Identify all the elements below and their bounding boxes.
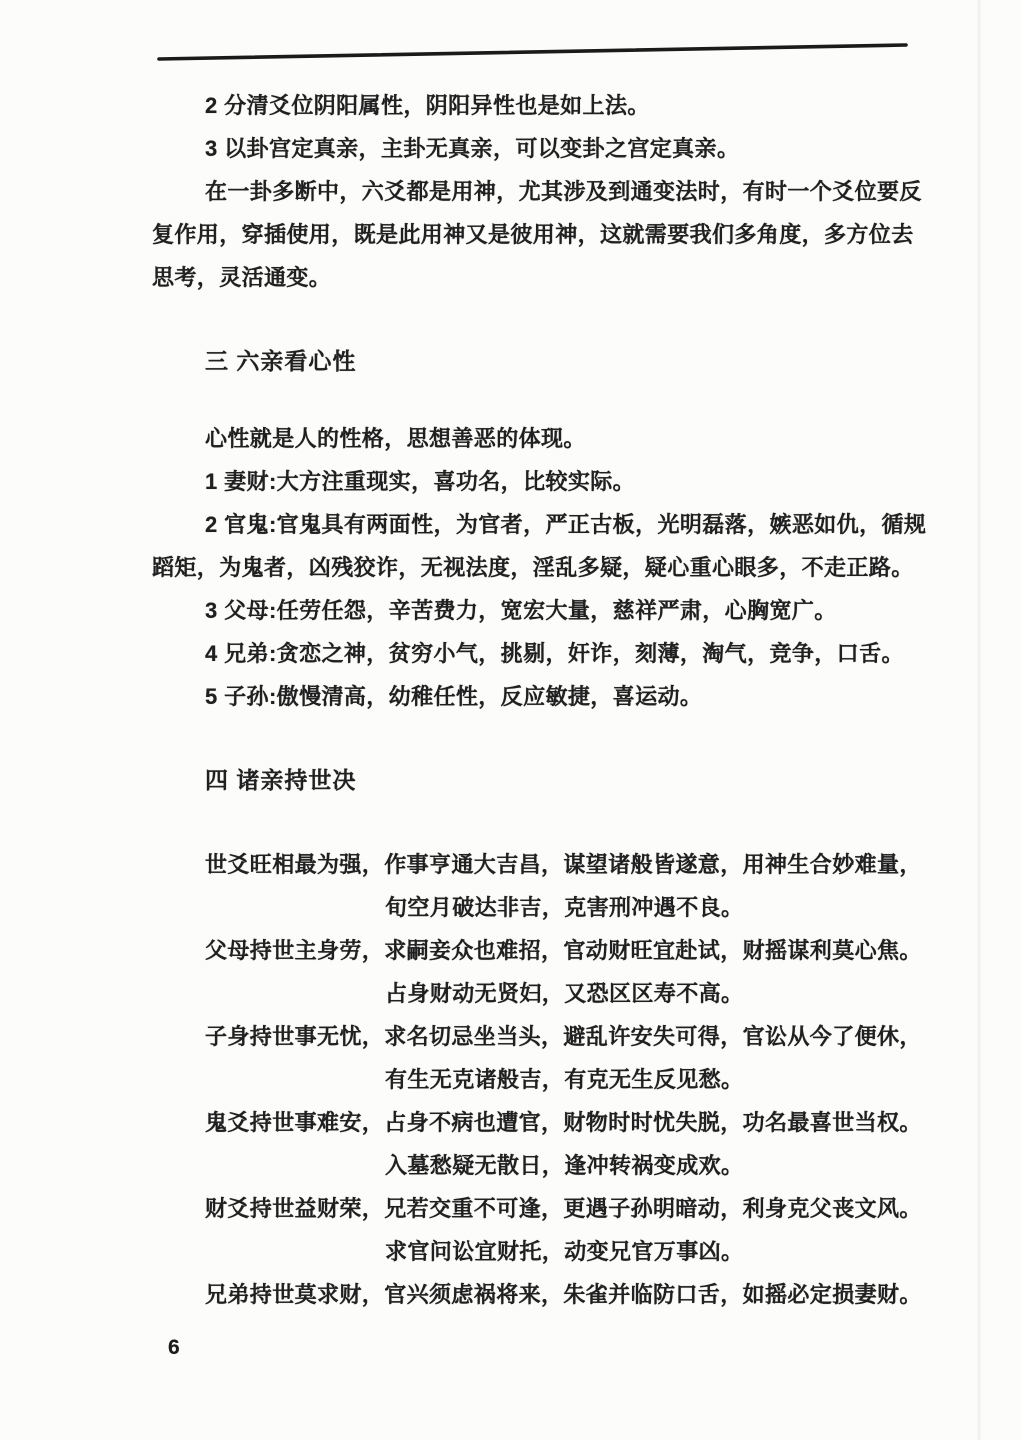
top-rule-line [0, 0, 1022, 90]
section-heading: 三 六亲看心性 [205, 340, 922, 383]
text-line: 2 官鬼:官鬼具有两面性，为官者，严正古板，光明磊落，嫉恶如仇，循规 [205, 503, 922, 546]
text-line: 复作用，穿插使用，既是此用神又是彼用神，这就需要我们多角度，多方位去 [152, 213, 922, 256]
text-line: 在一卦多断中，六爻都是用神，尤其涉及到通变法时，有时一个爻位要反 [205, 170, 922, 213]
text-line: 父母持世主身劳，求嗣妾众也难招，官动财旺宜赴试，财摇谋利莫心焦。 [205, 929, 922, 972]
page-number: 6 [168, 1336, 180, 1360]
scan-edge-artifact [978, 0, 980, 1440]
text-line: 1 妻财:大方注重现实，喜功名，比较实际。 [205, 460, 922, 503]
text-line: 3 以卦宫定真亲，主卦无真亲，可以变卦之宫定真亲。 [205, 127, 922, 170]
text-line: 旬空月破达非吉，克害刑冲遇不良。 [385, 886, 922, 929]
text-line: 心性就是人的性格，思想善恶的体现。 [205, 417, 922, 460]
text-line: 蹈矩，为鬼者，凶残狡诈，无视法度，淫乱多疑，疑心重心眼多，不走正路。 [152, 546, 922, 589]
text-line: 4 兄弟:贪恋之神，贫穷小气，挑剔，奸诈，刻薄，淘气，竞争，口舌。 [205, 632, 922, 675]
text-line: 5 子孙:傲慢清高，幼稚任性，反应敏捷，喜运动。 [205, 675, 922, 718]
text-line: 财爻持世益财荣，兄若交重不可逢，更遇子孙明暗动，利身克父丧文风。 [205, 1187, 922, 1230]
text-line: 求官问讼宜财托，动变兄官万事凶。 [385, 1230, 922, 1273]
text-line: 2 分清爻位阴阳属性，阴阳异性也是如上法。 [205, 84, 922, 127]
text-line: 入墓愁疑无散日，逢冲转祸变成欢。 [385, 1144, 922, 1187]
text-line: 鬼爻持世事难安，占身不病也遭官，财物时时忧失脱，功名最喜世当权。 [205, 1101, 922, 1144]
text-line: 3 父母:任劳任怨，辛苦费力，宽宏大量，慈祥严肃，心胸宽广。 [205, 589, 922, 632]
section-heading: 四 诸亲持世决 [205, 759, 922, 802]
scanned-page: 2 分清爻位阴阳属性，阴阳异性也是如上法。3 以卦宫定真亲，主卦无真亲，可以变卦… [0, 0, 1022, 1440]
text-line: 占身财动无贤妇，又恐区区寿不高。 [385, 972, 922, 1015]
text-line: 思考，灵活通变。 [152, 256, 922, 299]
text-line: 兄弟持世莫求财，官兴须虑祸将来，朱雀并临防口舌，如摇必定损妻财。 [205, 1273, 922, 1316]
text-line: 世爻旺相最为强，作事亨通大吉昌，谋望诸般皆遂意，用神生合妙难量， [205, 843, 922, 886]
text-line: 子身持世事无忧，求名切忌坐当头，避乱许安失可得，官讼从今了便休， [205, 1015, 922, 1058]
text-line: 有生无克诸般吉，有克无生反见愁。 [385, 1058, 922, 1101]
document-content: 2 分清爻位阴阳属性，阴阳异性也是如上法。3 以卦宫定真亲，主卦无真亲，可以变卦… [152, 84, 922, 1316]
